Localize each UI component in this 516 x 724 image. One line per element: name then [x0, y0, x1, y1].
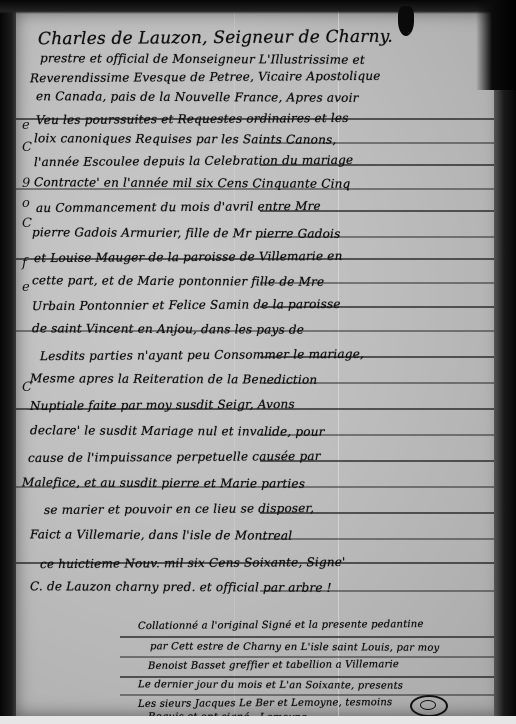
manuscript-line: declare' le susdit Mariage nul et invali… — [30, 423, 325, 439]
manuscript-line: pierre Gadois Armurier, fille de Mr pier… — [32, 225, 341, 241]
margin-mark: C — [22, 216, 32, 231]
scan-left-border — [0, 0, 16, 724]
margin-mark: f — [22, 256, 27, 271]
margin-mark: o — [22, 196, 30, 211]
margin-mark: 9 — [22, 176, 30, 191]
scan-top-border — [0, 0, 516, 14]
manuscript-line: en Canada, pais de la Nouvelle France, A… — [36, 89, 359, 105]
margin-mark: C — [22, 140, 32, 155]
scan-bottom-strip — [0, 716, 516, 724]
manuscript-line: l'année Escoulee depuis la Celebration d… — [34, 153, 353, 169]
manuscript-line: loix canoniques Requises par les Saints … — [34, 131, 336, 147]
manuscript-line: Contracte' en l'année mil six Cens Cinqu… — [34, 175, 351, 191]
manuscript-line: au Commancement du mois d'avril entre Mr… — [36, 199, 321, 215]
ink-blot — [398, 6, 414, 36]
ruling-line — [120, 676, 500, 678]
manuscript-line: Reverendissime Evesque de Petree, Vicair… — [30, 69, 381, 85]
manuscript-line: cette part, et de Marie pontonnier fille… — [32, 273, 324, 289]
manuscript-line: et Louise Mauger de la paroisse de Ville… — [34, 249, 343, 265]
ruling-line — [260, 538, 496, 540]
margin-mark: e — [22, 280, 30, 295]
margin-mark: e — [22, 118, 30, 133]
manuscript-line: Lesdits parties n'ayant peu Consommer le… — [40, 347, 364, 363]
manuscript-line: Le dernier jour du mois et L'an Soixante… — [138, 679, 403, 691]
manuscript-line: se marier et pouvoir en ce lieu se dispo… — [44, 501, 314, 517]
manuscript-scan: Charles de Lauzon, Seigneur de Charny.pr… — [0, 0, 516, 724]
ruling-line — [120, 656, 500, 658]
manuscript-line: ce huictieme Nouv. mil six Cens Soixante… — [40, 555, 346, 571]
manuscript-line: Nuptiale faite par moy susdit Seigr, Avo… — [30, 397, 295, 413]
scan-right-top-shadow — [476, 0, 516, 90]
manuscript-line: cause de l'impuissance perpetuelle causé… — [28, 449, 321, 465]
manuscript-line: Faict a Villemarie, dans l'isle de Montr… — [30, 527, 292, 542]
manuscript-line: par Cett estre de Charny en L'isle saint… — [150, 641, 439, 654]
manuscript-line: Mesme apres la Reiteration de la Benedic… — [30, 371, 317, 387]
manuscript-line: Les sieurs Jacques Le Ber et Lemoyne, te… — [138, 697, 392, 710]
manuscript-line: Veu les pourssuites et Requestes ordinai… — [36, 111, 349, 127]
manuscript-line: Charles de Lauzon, Seigneur de Charny. — [38, 27, 393, 49]
manuscript-line: de saint Vincent en Anjou, dans les pays… — [32, 321, 304, 336]
manuscript-line: C. de Lauzon charny pred. et official pa… — [30, 579, 332, 595]
signature-flourish-seal — [410, 695, 448, 717]
manuscript-line: Urbain Pontonnier et Felice Samin de la … — [32, 297, 341, 313]
manuscript-line: prestre et official de Monseigneur L'Ill… — [40, 51, 365, 67]
manuscript-line: Benoist Basset greffier et tabellion a V… — [148, 659, 399, 672]
ruling-line — [120, 694, 500, 696]
ruling-line — [120, 636, 500, 638]
manuscript-line: Malefice, et au susdit pierre et Marie p… — [22, 475, 305, 490]
scan-right-border — [494, 0, 516, 724]
manuscript-line: Collationné a l'original Signé et la pre… — [138, 619, 424, 632]
margin-mark: C — [22, 380, 32, 395]
